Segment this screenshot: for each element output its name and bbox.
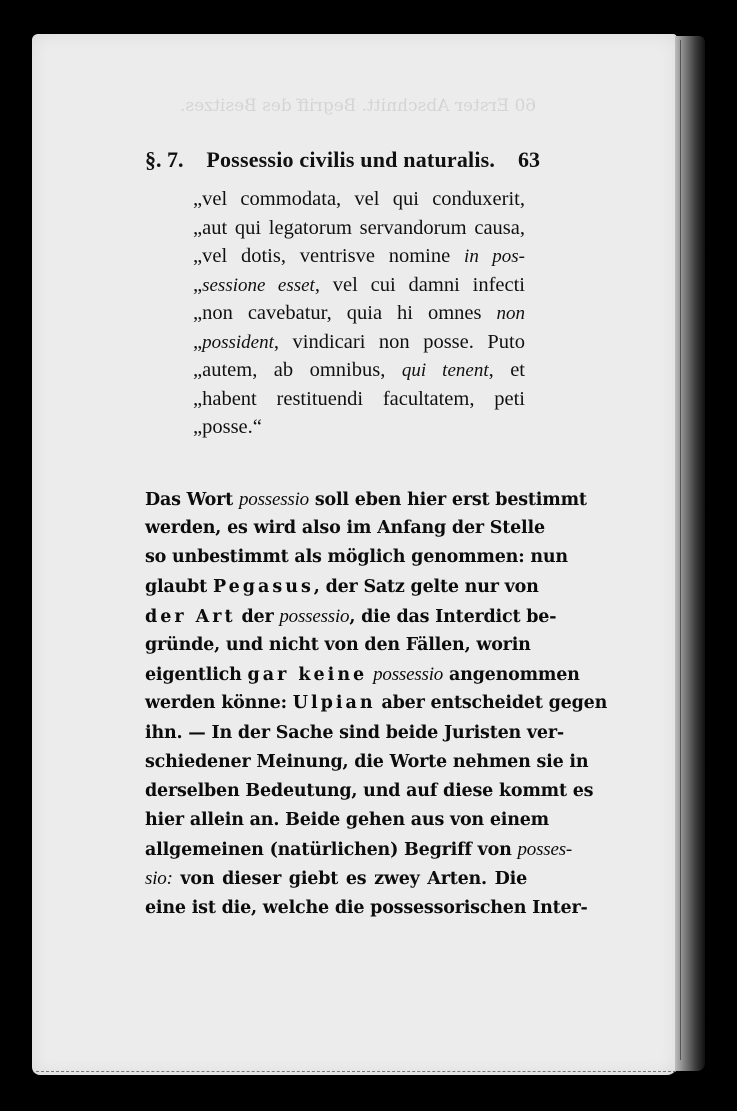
text-line: eigentlich gar keine possessio angenomme… [145, 660, 527, 689]
text-line: werden, es wird also im Anfang der Stell… [145, 514, 527, 543]
text-line: hier allein an. Beide gehen aus von eine… [145, 806, 527, 835]
running-header: §. 7. Possessio civilis und naturalis. 6… [145, 147, 540, 173]
quote-line: „vel commodata, vel qui conduxerit, [193, 185, 525, 214]
quote-line: „possident, vindicari non posse. Puto [193, 328, 525, 357]
page-edge-line [680, 40, 681, 1060]
text-line: der Art der possessio, die das Interdict… [145, 602, 527, 631]
text-line: ihn. — In der Sache sind beide Juristen … [145, 719, 527, 748]
text-line: so unbestimmt als möglich genommen: nun [145, 543, 527, 572]
text-line: allgemeinen (natürlichen) Begriff von po… [145, 835, 527, 864]
quote-line: „sessione esset, vel cui damni infecti [193, 271, 525, 300]
text-line: glaubt Pegasus, der Satz gelte nur von [145, 573, 527, 602]
latin-quotation: „vel commodata, vel qui conduxerit,„aut … [193, 185, 525, 442]
quote-line: „autem, ab omnibus, qui tenent, et [193, 356, 525, 385]
quote-line: „posse.“ [193, 413, 525, 442]
text-line: sio: von dieser giebt es zwey Arten. Die [145, 864, 527, 893]
text-line: Das Wort possessio soll eben hier erst b… [145, 485, 527, 514]
quote-line: „aut qui legatorum servandorum causa, [193, 214, 525, 243]
quote-line: „habent restituendi facultatem, peti [193, 385, 525, 414]
text-line: werden könne: Ulpian aber entscheidet ge… [145, 689, 527, 718]
text-line: eine ist die, welche die possessorischen… [145, 894, 527, 923]
quote-line: „non cavebatur, quia hi omnes non [193, 299, 525, 328]
quote-line: „vel dotis, ventrisve nomine in pos- [193, 242, 525, 271]
page-fold-line [36, 1071, 676, 1073]
text-line: gründe, und nicht von den Fällen, worin [145, 631, 527, 660]
section-number: §. 7. [145, 147, 184, 173]
body-paragraph: Das Wort possessio soll eben hier erst b… [145, 485, 527, 923]
text-line: schiedener Meinung, die Worte nehmen sie… [145, 748, 527, 777]
section-title: Possessio civilis und naturalis. [206, 147, 495, 173]
page-number: 63 [518, 147, 540, 173]
text-line: derselben Bedeutung, und auf diese kommt… [145, 777, 527, 806]
